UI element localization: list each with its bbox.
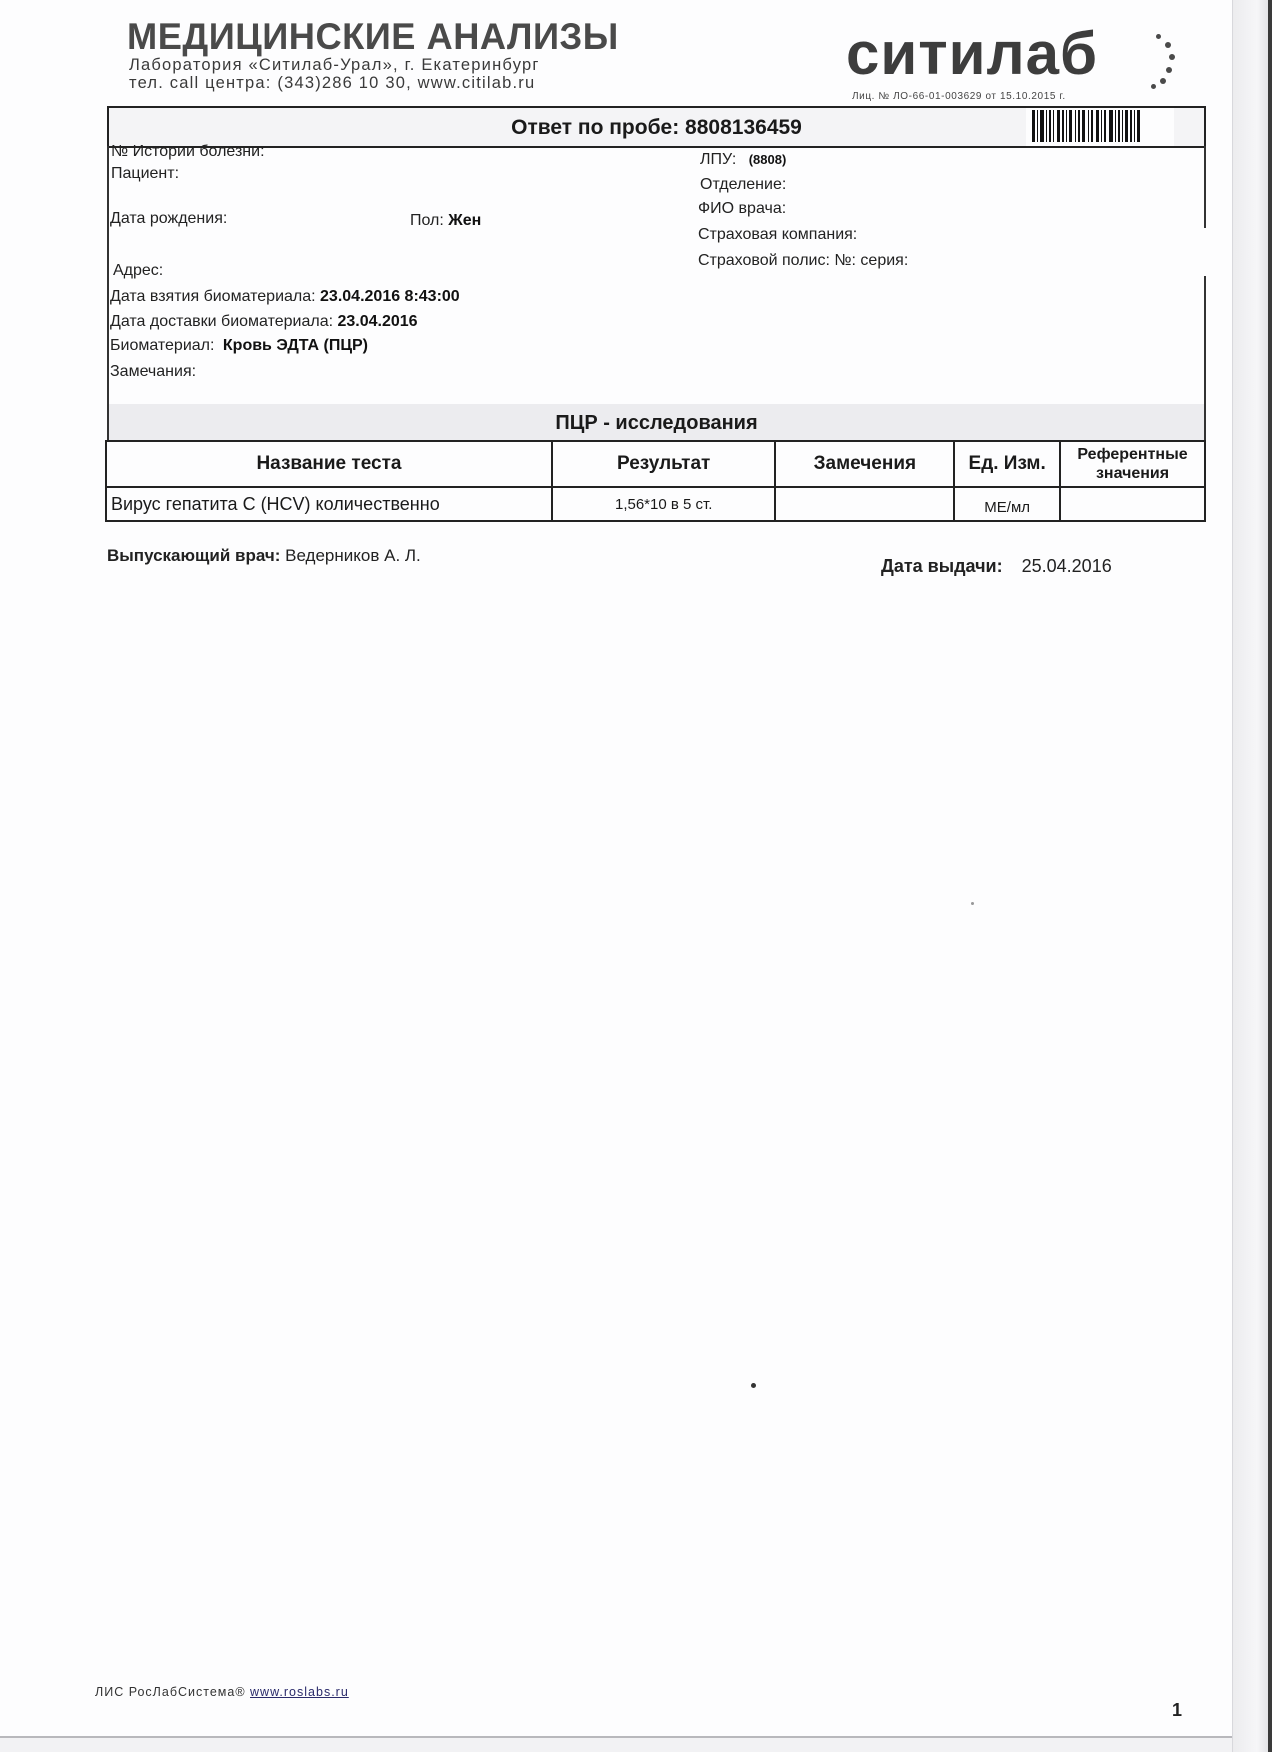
scan-speck (751, 1383, 756, 1388)
biomaterial-label: Биоматериал: (110, 337, 214, 354)
delivery-date-field: Дата доставки биоматериала: 23.04.2016 (110, 313, 418, 331)
col-unit: Ед. Изм. (954, 441, 1060, 487)
citilab-logo: ситилаб (846, 24, 1098, 84)
unit-cell: МЕ/мл (954, 487, 1060, 521)
policy-label: Страховой полис: №: серия: (698, 252, 908, 269)
sample-header-bar: Ответ по пробе: 8808136459 (107, 106, 1206, 148)
lpu-field: ЛПУ: (8808) (700, 151, 786, 169)
sex-field: Пол: Жен (410, 212, 481, 230)
roslabs-link[interactable]: www.roslabs.ru (250, 1685, 349, 1699)
barcode-icon (1026, 108, 1174, 146)
collection-date-field: Дата взятия биоматериала: 23.04.2016 8:4… (110, 288, 460, 306)
collection-date-label: Дата взятия биоматериала: (110, 288, 316, 305)
results-table: Название теста Результат Замечения Ед. И… (105, 440, 1206, 522)
doctor-field: ФИО врача: (698, 200, 786, 218)
footer-lis: ЛИС РосЛабСистема® www.roslabs.ru (95, 1685, 349, 1699)
lpu-label: ЛПУ: (700, 151, 736, 168)
delivery-date-value: 23.04.2016 (338, 313, 418, 330)
col-test-name: Название теста (106, 441, 552, 487)
address-label: Адрес: (113, 262, 163, 279)
dots-arc-icon (1150, 32, 1180, 92)
table-row: Вирус гепатита С (HCV) количественно 1,5… (106, 487, 1205, 521)
issue-date-label: Дата выдачи: (881, 556, 1003, 576)
issuer-label: Выпускающий врач: (107, 546, 280, 565)
patient-label: Пациент: (111, 165, 179, 182)
remarks-field: Замечания: (110, 363, 196, 381)
scan-speck (971, 902, 974, 905)
department-field: Отделение: (700, 176, 786, 194)
lis-label: ЛИС РосЛабСистема® (95, 1685, 246, 1699)
history-number-label: № Истории болезни: (111, 143, 265, 160)
test-name-cell: Вирус гепатита С (HCV) количественно (106, 487, 552, 521)
remarks-cell (775, 487, 954, 521)
section-title: ПЦР - исследования (109, 412, 1204, 435)
lpu-value: (8808) (749, 152, 787, 167)
pcr-section-header: ПЦР - исследования (107, 404, 1206, 442)
results-header-row: Название теста Результат Замечения Ед. И… (106, 441, 1205, 487)
dob-label: Дата рождения: (110, 210, 227, 227)
header-contact-line: тел. call центра: (343)286 10 30, www.ci… (129, 74, 535, 93)
license-number: Лиц. № ЛО-66-01-003629 от 15.10.2015 г. (852, 91, 1066, 102)
collection-date-value: 23.04.2016 8:43:00 (320, 288, 460, 305)
page-number: 1 (1172, 1700, 1182, 1721)
doctor-label: ФИО врача: (698, 200, 786, 217)
history-number-field: № Истории болезни: (111, 143, 265, 161)
issuer-value: Ведерников А. Л. (285, 546, 421, 565)
biomaterial-field: Биоматериал: Кровь ЭДТА (ПЦР) (110, 337, 368, 355)
col-result: Результат (552, 441, 776, 487)
scan-margin (1232, 0, 1272, 1752)
dob-field: Дата рождения: (110, 210, 227, 228)
lab-report-page: МЕДИЦИНСКИЕ АНАЛИЗЫ Лаборатория «Ситилаб… (0, 0, 1232, 1738)
issue-date: Дата выдачи: 25.04.2016 (881, 556, 1112, 577)
issue-date-value: 25.04.2016 (1022, 556, 1112, 576)
insurer-field: Страховая компания: (698, 226, 857, 244)
col-reference: Референтные значения (1060, 441, 1205, 487)
result-cell: 1,56*10 в 5 ст. (552, 487, 776, 521)
col-remarks: Замечения (775, 441, 954, 487)
issuing-doctor: Выпускающий врач: Ведерников А. Л. (107, 546, 421, 566)
department-label: Отделение: (700, 176, 786, 193)
header-lab-line: Лаборатория «Ситилаб-Урал», г. Екатеринб… (129, 56, 540, 75)
scan-edge (1268, 0, 1272, 1752)
insurer-label: Страховая компания: (698, 226, 857, 243)
patient-field: Пациент: (111, 165, 179, 183)
remarks-label: Замечания: (110, 363, 196, 380)
delivery-date-label: Дата доставки биоматериала: (110, 313, 333, 330)
address-field: Адрес: (113, 262, 163, 280)
patient-info-box (107, 146, 1206, 406)
policy-field: Страховой полис: №: серия: (698, 252, 908, 270)
reference-cell (1060, 487, 1205, 521)
sex-label: Пол: (410, 212, 444, 229)
biomaterial-value: Кровь ЭДТА (ПЦР) (223, 337, 368, 354)
sex-value: Жен (448, 212, 481, 229)
header-title: МЕДИЦИНСКИЕ АНАЛИЗЫ (127, 16, 619, 58)
